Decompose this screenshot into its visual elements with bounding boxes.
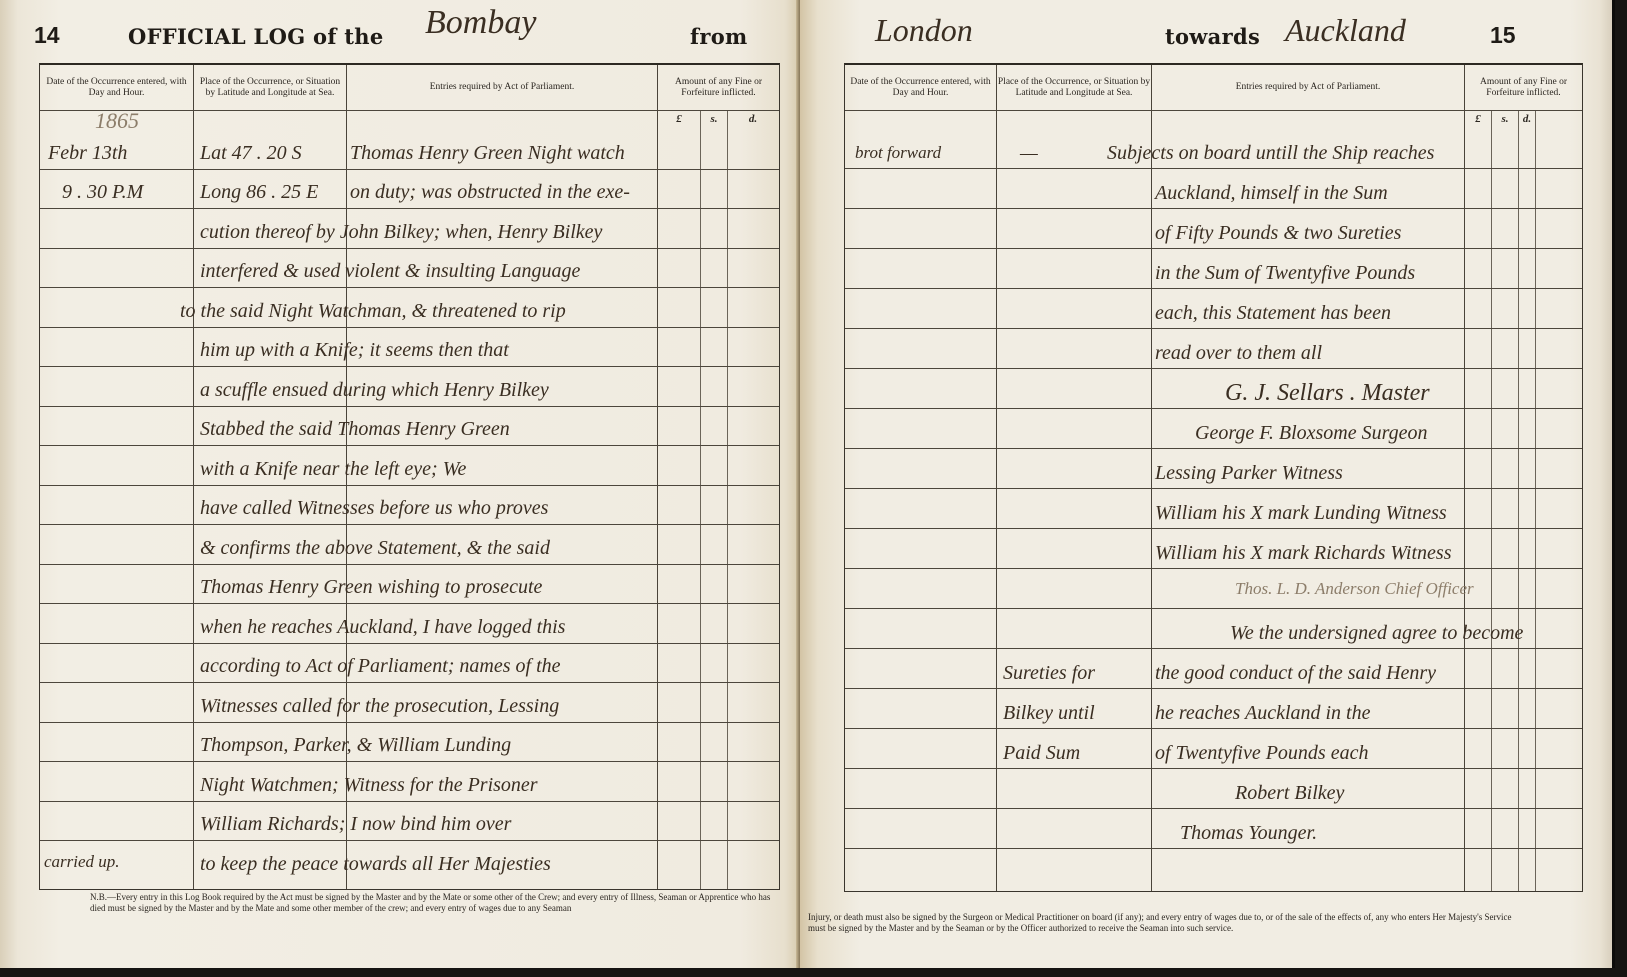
entry-line: Night Watchmen; Witness for the Prisoner <box>200 773 538 797</box>
witness-signature: William his X mark Richards Witness <box>1155 541 1451 565</box>
pounds-label: £ <box>658 113 700 125</box>
entry-line: William Richards; I now bind him over <box>200 812 511 836</box>
pence-label: d. <box>728 113 778 125</box>
entry-line: interfered & used violent & insulting La… <box>200 259 580 283</box>
entry-line: read over to them all <box>1155 341 1322 365</box>
chief-officer-signature: Thos. L. D. Anderson Chief Officer <box>1235 577 1474 601</box>
entry-line: of Twentyfive Pounds each <box>1155 741 1368 765</box>
column-divider <box>193 65 194 889</box>
footnote: Injury, or death must also be signed by … <box>808 912 1528 934</box>
column-divider <box>727 110 728 889</box>
header-fine: Amount of any Fine or Forfeiture inflict… <box>1465 65 1582 111</box>
entry-line: a scuffle ensued during which Henry Bilk… <box>200 378 549 402</box>
page-number: 14 <box>34 22 60 49</box>
header-entries: Entries required by Act of Parliament. <box>347 65 657 111</box>
entry-line: & confirms the above Statement, & the sa… <box>200 536 550 560</box>
entry-line: Witnesses called for the prosecution, Le… <box>200 694 559 718</box>
entry-line: Thomas Henry Green wishing to prosecute <box>200 575 542 599</box>
entry-line: with a Knife near the left eye; We <box>200 457 466 481</box>
header-fine: Amount of any Fine or Forfeiture inflict… <box>658 65 779 111</box>
header-entries: Entries required by Act of Parliament. <box>1152 65 1464 111</box>
entry-line: when he reaches Auckland, I have logged … <box>200 615 565 639</box>
footnote: N.B.—Every entry in this Log Book requir… <box>90 892 780 914</box>
year-entry: 1865 <box>95 109 139 133</box>
title-from: from <box>690 24 748 49</box>
log-table: Date of the Occurrence entered, with Day… <box>844 63 1583 892</box>
entry-line: to keep the peace towards all Her Majest… <box>200 852 551 876</box>
entry-line: him up with a Knife; it seems then that <box>200 338 509 362</box>
carried-up-entry: carried up. <box>44 850 120 874</box>
entry-line: in the Sum of Twentyfive Pounds <box>1155 261 1415 285</box>
column-divider <box>1535 110 1536 891</box>
entry-line: each, this Statement has been <box>1155 301 1391 325</box>
longitude-entry: Long 86 . 25 E <box>200 180 318 204</box>
brought-forward-entry: brot forward <box>855 141 941 165</box>
shillings-label: s. <box>1492 113 1518 125</box>
column-divider <box>657 65 658 889</box>
witness-signature: William his X mark Lunding Witness <box>1155 501 1447 525</box>
column-divider <box>1518 110 1519 891</box>
dash-entry: — <box>1020 141 1038 165</box>
surety-signature: Thomas Younger. <box>1180 821 1317 845</box>
entry-line: Subjects on board untill the Ship reache… <box>1107 141 1434 165</box>
entry-line: cution thereof by John Bilkey; when, Hen… <box>200 220 602 244</box>
surgeon-signature: George F. Bloxsome Surgeon <box>1195 421 1428 445</box>
to-place: Auckland <box>1285 12 1406 49</box>
latitude-entry: Lat 47 . 20 S <box>200 141 302 165</box>
entry-line: Thomas Henry Green Night watch <box>350 141 625 165</box>
witness-signature: Lessing Parker Witness <box>1155 461 1343 485</box>
title-towards: towards <box>1165 24 1260 49</box>
surety-signature: Robert Bilkey <box>1235 781 1344 805</box>
column-divider <box>1491 110 1492 891</box>
header-date: Date of the Occurrence entered, with Day… <box>845 65 996 111</box>
entry-line: Auckland, himself in the Sum <box>1155 181 1388 205</box>
header-place: Place of the Occurrence, or Situation by… <box>997 65 1151 111</box>
entry-line: Paid Sum <box>1003 741 1080 765</box>
header-date: Date of the Occurrence entered, with Day… <box>40 65 193 111</box>
from-place: London <box>875 12 973 49</box>
log-title: OFFICIAL LOG of the <box>128 24 384 49</box>
master-signature: G. J. Sellars . Master <box>1225 381 1430 405</box>
column-divider <box>700 110 701 889</box>
pence-label: d. <box>1519 113 1535 125</box>
entry-line: of Fifty Pounds & two Sureties <box>1155 221 1401 245</box>
entry-line: Bilkey until <box>1003 701 1095 725</box>
entry-line: the good conduct of the said Henry <box>1155 661 1436 685</box>
entry-line: Sureties for <box>1003 661 1095 685</box>
header-place: Place of the Occurrence, or Situation by… <box>194 65 346 111</box>
entry-line: on duty; was obstructed in the exe- <box>350 180 630 204</box>
date-entry: Febr 13th <box>48 141 127 165</box>
entry-line: have called Witnesses before us who prov… <box>200 496 548 520</box>
right-page: London towards Auckland 15 Date of the O… <box>800 0 1615 968</box>
page-number: 15 <box>1490 22 1516 49</box>
left-page: 14 OFFICIAL LOG of the Bombay from Date … <box>0 0 800 968</box>
entry-line: to the said Night Watchman, & threatened… <box>180 299 566 323</box>
entry-line: he reaches Auckland in the <box>1155 701 1371 725</box>
shillings-label: s. <box>701 113 727 125</box>
log-table: Date of the Occurrence entered, with Day… <box>39 63 780 890</box>
time-entry: 9 . 30 P.M <box>62 180 143 204</box>
pounds-label: £ <box>1465 113 1491 125</box>
entry-line: Thompson, Parker, & William Lunding <box>200 733 511 757</box>
log-book-spread: 14 OFFICIAL LOG of the Bombay from Date … <box>0 0 1612 968</box>
ship-name: Bombay <box>425 4 536 42</box>
entry-line: according to Act of Parliament; names of… <box>200 654 561 678</box>
entry-line: Stabbed the said Thomas Henry Green <box>200 417 510 441</box>
entry-line: We the undersigned agree to become <box>1230 621 1523 645</box>
